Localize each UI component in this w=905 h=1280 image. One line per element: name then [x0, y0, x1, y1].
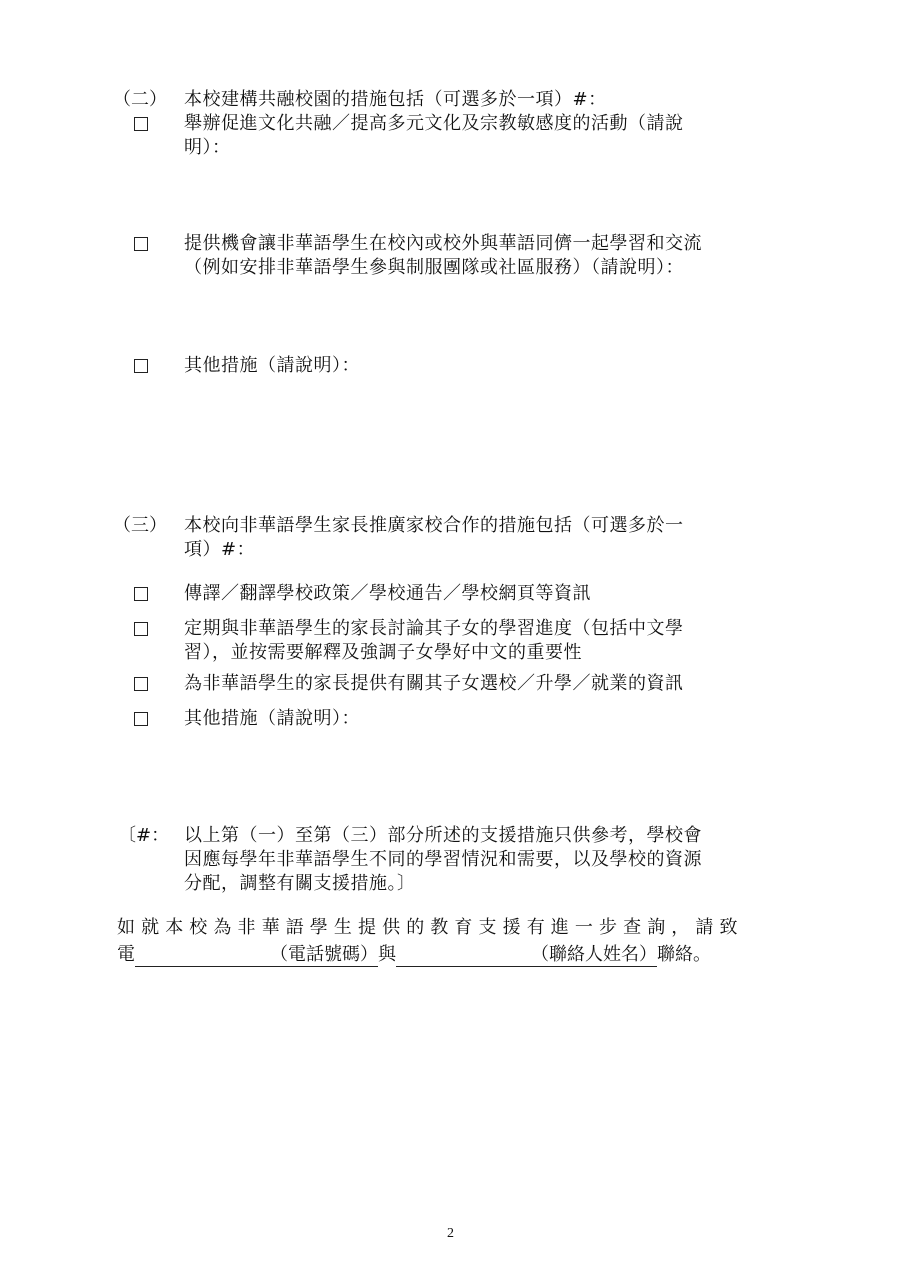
- section-3-title-line1: 本校向非華語學生家長推廣家校合作的措施包括（可選多於一: [184, 514, 684, 538]
- option-section3-other: 其他措施（請說明）：: [184, 707, 360, 731]
- note-line2: 因應每學年非華語學生不同的學習情況和需要，以及學校的資源: [184, 848, 702, 872]
- section-3-number: （三）: [113, 514, 167, 538]
- checkbox-peer-learning[interactable]: [134, 237, 148, 251]
- contact-person-field[interactable]: （聯絡人姓名）: [396, 944, 657, 967]
- contact-suffix: 聯絡。: [657, 944, 711, 965]
- option-progress-discussion-line2: 習），並按需要解釋及強調子女學好中文的重要性: [184, 641, 582, 665]
- note-line1: 以上第（一）至第（三）部分所述的支援措施只供參考，學校會: [184, 824, 702, 848]
- section-3-title-line2: 項）#：: [184, 538, 255, 562]
- page-number: 2: [447, 1226, 454, 1242]
- checkbox-cultural-activities[interactable]: [134, 117, 148, 131]
- option-translation: 傳譯／翻譯學校政策／學校通告／學校網頁等資訊: [184, 582, 591, 606]
- phone-number-field[interactable]: （電話號碼）: [135, 944, 378, 967]
- option-progress-discussion-line1: 定期與非華語學生的家長討論其子女的學習進度（包括中文學: [184, 617, 684, 641]
- option-peer-learning-line1: 提供機會讓非華語學生在校內或校外與華語同儕一起學習和交流: [184, 232, 702, 256]
- section-2-number: （二）: [113, 88, 167, 112]
- note-line3: 分配，調整有關支援措施。〕: [184, 872, 416, 896]
- contact-line2: 電（電話號碼）與（聯絡人姓名）聯絡。: [117, 943, 711, 967]
- option-cultural-activities-line1: 舉辦促進文化共融／提高多元文化及宗教敏感度的活動（請說: [184, 112, 684, 136]
- checkbox-progress-discussion[interactable]: [134, 622, 148, 636]
- note-marker: 〔#：: [118, 824, 169, 848]
- option-section2-other: 其他措施（請說明）：: [184, 354, 360, 378]
- phone-label: （電話號碼）: [270, 944, 378, 965]
- checkbox-translation[interactable]: [134, 587, 148, 601]
- checkbox-section3-other[interactable]: [134, 712, 148, 726]
- option-cultural-activities-line2: 明）：: [184, 136, 231, 160]
- option-school-choice-info: 為非華語學生的家長提供有關其子女選校／升學／就業的資訊: [184, 672, 684, 696]
- document-page: （二） 本校建構共融校園的措施包括（可選多於一項）#： 舉辦促進文化共融／提高多…: [0, 0, 905, 1280]
- option-peer-learning-line2: （例如安排非華語學生參與制服團隊或社區服務）（請說明）：: [184, 256, 684, 280]
- checkbox-school-choice-info[interactable]: [134, 677, 148, 691]
- contact-line1: 如就本校為非華語學生提供的教育支援有進一步查詢，請致: [117, 916, 744, 940]
- contact-person-label: （聯絡人姓名）: [531, 944, 657, 965]
- contact-connector: 與: [378, 944, 396, 965]
- contact-prefix: 電: [117, 944, 135, 965]
- section-2-title: 本校建構共融校園的措施包括（可選多於一項）#：: [184, 88, 607, 112]
- checkbox-section2-other[interactable]: [134, 359, 148, 373]
